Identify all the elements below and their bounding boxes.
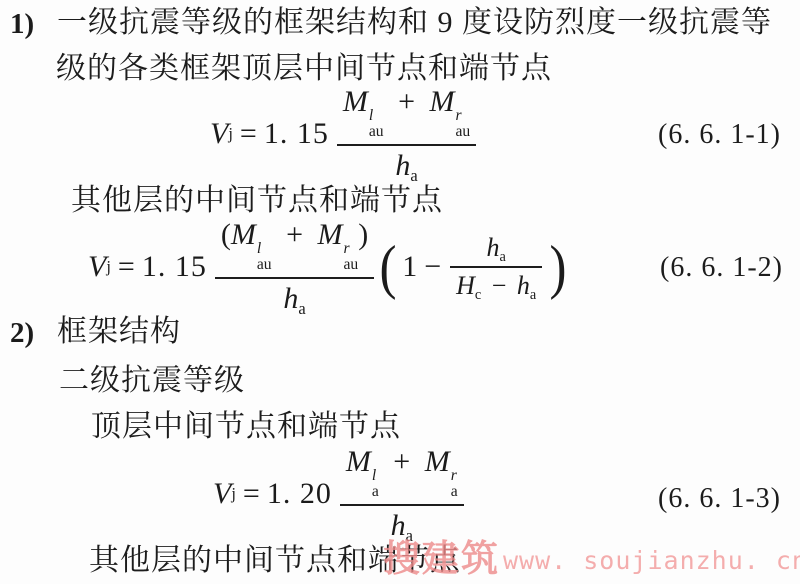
f3-m2: M — [425, 445, 450, 478]
f2-inner-den-h-sub: a — [530, 287, 536, 303]
f3-equals: = — [236, 477, 267, 511]
formula-6-6-1-1: Vj = 1. 15 Mlau + Mrau ha — [210, 97, 480, 171]
f1-equals: = — [233, 117, 264, 151]
f3-m2-scripts: ra — [451, 468, 458, 501]
f2-one: 1 — [402, 250, 417, 284]
item1-marker: 1) — [10, 8, 34, 41]
item1-heading-line2: 级的各类框架顶层中间节点和端节点 — [56, 52, 552, 86]
formula-6-6-1-3: Vj = 1. 20 Mla + Mra ha — [213, 457, 468, 531]
f2-plus: + — [279, 218, 310, 251]
f2-inner-den-H-sub: c — [475, 287, 481, 303]
f2-m2-sup: r — [343, 241, 349, 257]
f3-numerator: Mla + Mra — [340, 445, 464, 503]
item2-title: 框架结构 — [57, 315, 181, 349]
f2-m1-scripts: lau — [257, 241, 272, 274]
f2-numerator: (Mlau + Mrau) — [215, 218, 374, 276]
f1-m2-sup: r — [455, 108, 461, 124]
f2-inner-minus: − — [488, 271, 511, 300]
formula-6-6-1-2: Vj = 1. 15 (Mlau + Mrau) ha ( 1 − ha Hc … — [88, 228, 568, 306]
f1-m2-sub: au — [455, 124, 470, 140]
f2-inner-den-H: H — [456, 271, 475, 300]
f2-m1-sup: l — [257, 241, 261, 257]
f1-m1-sup: l — [369, 108, 373, 124]
f1-fraction: Mlau + Mrau ha — [337, 85, 476, 182]
f1-m1-scripts: lau — [369, 108, 384, 141]
f2-denominator: ha — [215, 277, 374, 316]
watermark-brand: 搜建筑 — [383, 528, 500, 582]
f1-m2: M — [429, 85, 454, 118]
item1-heading-line1: 一级抗震等级的框架结构和 9 度设防烈度一级抗震等 — [57, 6, 772, 40]
f2-var: V — [88, 250, 106, 284]
f3-m1-scripts: la — [372, 468, 379, 501]
f2-m1: M — [231, 218, 256, 251]
f1-numerator: Mlau + Mrau — [337, 85, 476, 143]
f2-inner-denominator: Hc − ha — [450, 266, 542, 301]
f2-inner-num-var: h — [487, 233, 500, 262]
equation-number-3: (6. 6. 1-3) — [658, 483, 781, 515]
f2-inner-num-sub: a — [500, 249, 506, 265]
f3-m1-sub: a — [372, 484, 379, 500]
item2-top-layer-label: 顶层中间节点和端节点 — [91, 410, 401, 444]
f1-var: V — [210, 117, 228, 151]
f3-plus: + — [386, 445, 417, 478]
f3-var: V — [213, 477, 231, 511]
f2-minus: − — [417, 250, 448, 284]
f2-num-open-paren: ( — [221, 218, 231, 251]
f1-den-sub: a — [410, 165, 417, 184]
f1-coefficient: 1. 15 — [264, 117, 329, 151]
f2-den-var: h — [283, 282, 298, 315]
item2-marker: 2) — [10, 317, 34, 350]
f3-m1-sup: l — [372, 468, 376, 484]
document-page: 1) 一级抗震等级的框架结构和 9 度设防烈度一级抗震等 级的各类框架顶层中间节… — [0, 0, 800, 584]
f1-m1: M — [343, 85, 368, 118]
f2-m2: M — [317, 218, 342, 251]
f1-m1-sub: au — [369, 124, 384, 140]
f2-fraction: (Mlau + Mrau) ha — [215, 218, 374, 315]
equation-number-2: (6. 6. 1-2) — [660, 252, 783, 284]
f3-m1: M — [346, 445, 371, 478]
item1-other-layers-label: 其他层的中间节点和端节点 — [71, 184, 443, 218]
f2-equals: = — [111, 250, 142, 284]
f2-m2-sub: au — [343, 257, 358, 273]
f3-m2-sub: a — [451, 484, 458, 500]
f2-coefficient: 1. 15 — [142, 250, 207, 284]
f1-plus: + — [391, 85, 422, 118]
f3-m2-sup: r — [451, 468, 457, 484]
f1-den-var: h — [395, 149, 410, 182]
f2-num-close-paren: ) — [358, 218, 368, 251]
f2-inner-numerator: ha — [450, 233, 542, 266]
item2-grade-label: 二级抗震等级 — [59, 364, 245, 398]
f2-m2-scripts: rau — [343, 241, 358, 274]
f2-inner-fraction: ha Hc − ha — [450, 233, 542, 301]
f2-den-sub: a — [298, 298, 305, 317]
f1-denominator: ha — [337, 144, 476, 183]
equation-number-1: (6. 6. 1-1) — [658, 119, 781, 151]
f2-m1-sub: au — [257, 257, 272, 273]
f3-coefficient: 1. 20 — [267, 477, 332, 511]
f1-m2-scripts: rau — [455, 108, 470, 141]
f2-inner-den-h: h — [517, 271, 530, 300]
watermark-url: www. soujianzhu. cn — [503, 546, 800, 575]
